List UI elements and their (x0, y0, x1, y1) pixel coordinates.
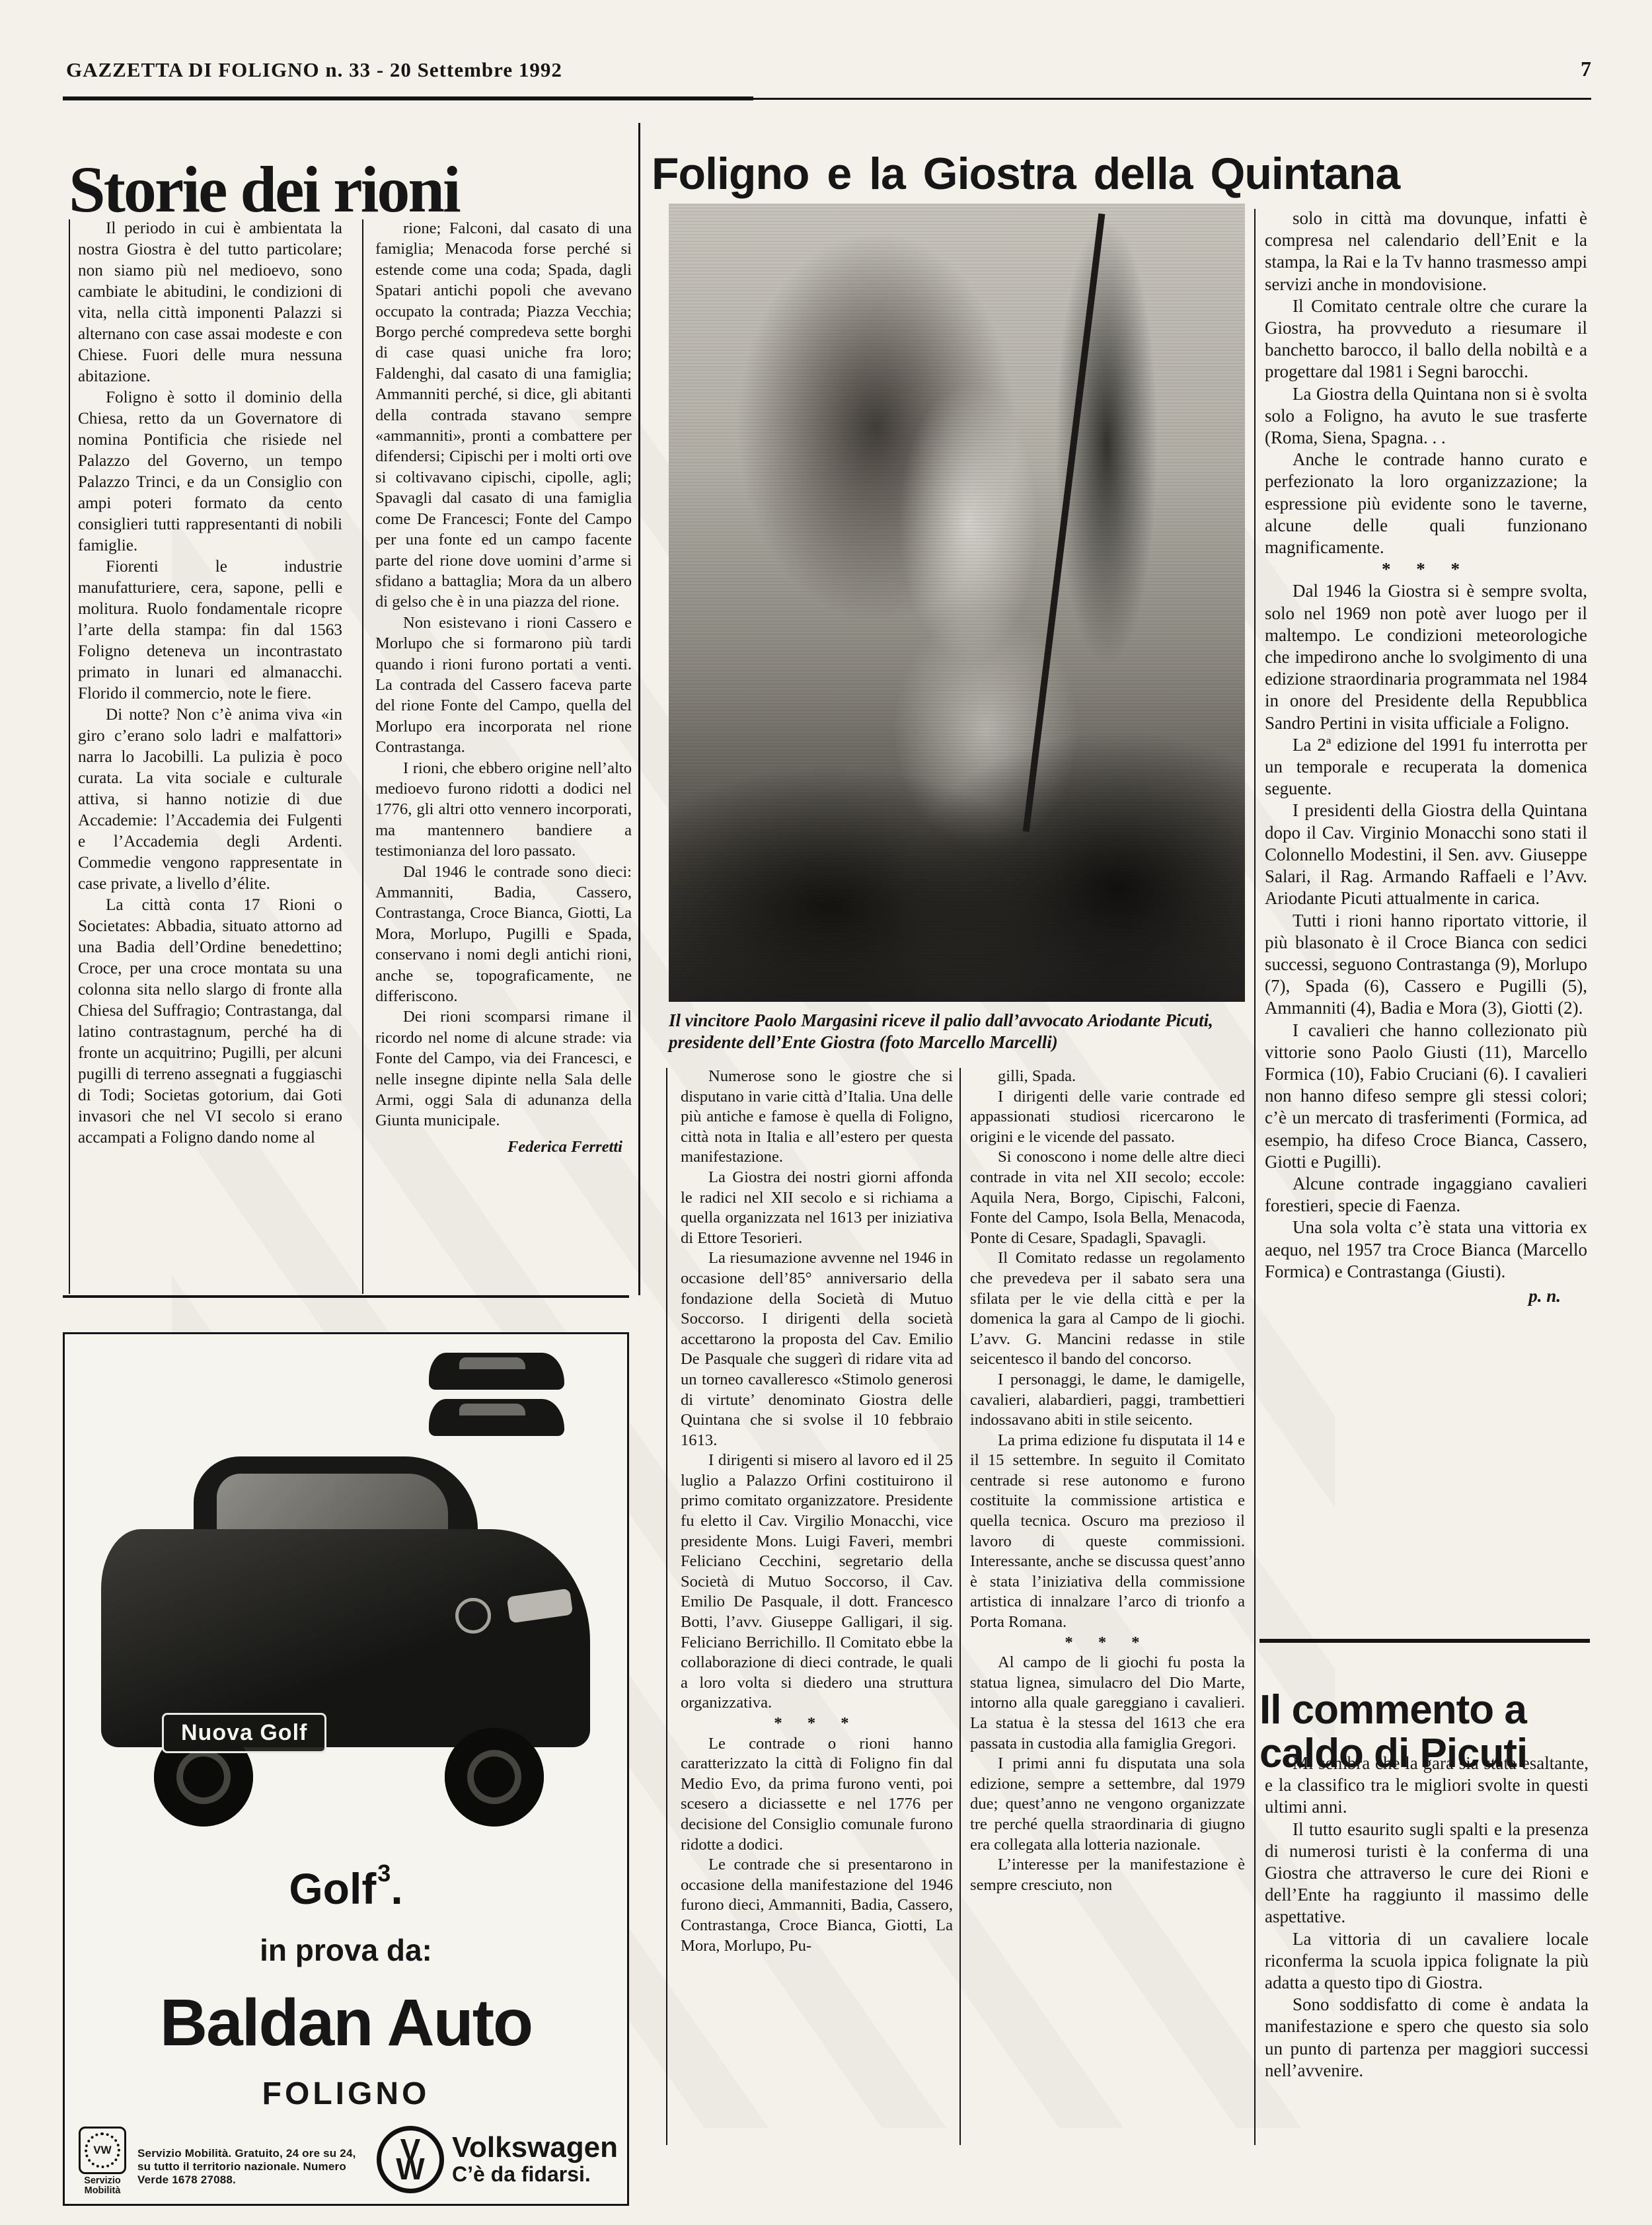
paragraph: I dirigenti si misero al lavoro ed il 25… (681, 1451, 953, 1714)
commentary-rule (1259, 1639, 1590, 1643)
paragraph: I dirigenti delle varie contrade ed appa… (970, 1087, 1245, 1148)
byline: Federica Ferretti (375, 1137, 632, 1157)
right-article-title: Foligno e la Giostra della Quintana (652, 148, 1591, 200)
column-rule (959, 1068, 961, 2145)
paragraph: La Giostra dei nostri giorni affonda le … (681, 1168, 953, 1248)
car-silhouette-icon (429, 1353, 564, 1390)
newspaper-page: GAZZETTA DI FOLIGNO n. 33 - 20 Settembre… (0, 0, 1652, 2225)
ad-city: FOLIGNO (65, 2076, 627, 2112)
model-superscript: 3 (377, 1860, 391, 1887)
paragraph: La prima edizione fu disputata il 14 e i… (970, 1431, 1245, 1633)
servizio-mobilita-logo: VW Servizio Mobilità (74, 2127, 131, 2196)
car-silhouette-icon (429, 1399, 564, 1436)
ad-dealer-name: Baldan Auto (65, 1985, 627, 2061)
vw-logo-w: W (396, 2160, 424, 2179)
model-dot: . (391, 1864, 402, 1913)
paragraph: Dal 1946 le contrade sono dieci: Ammanni… (375, 862, 632, 1007)
article-signature: p. n. (1265, 1285, 1587, 1307)
left-article-title: Storie dei rioni (69, 151, 630, 227)
paragraph: La città conta 17 Rioni o Societates: Ab… (78, 895, 342, 1149)
section-rule (638, 123, 640, 1295)
section-separator: * * * (681, 1714, 953, 1734)
right-article-column-a: Numerose sono le giostre che si disputan… (681, 1067, 953, 2153)
paragraph: Dei rioni scomparsi rimane il ricordo ne… (375, 1006, 632, 1131)
vw-mini-monogram: VW (85, 2132, 120, 2168)
right-article-column-b: gilli, Spada. I dirigenti delle varie co… (970, 1067, 1245, 2153)
vw-grille-badge-icon (455, 1598, 491, 1634)
header-rule (63, 96, 753, 100)
paragraph: Alcune contrade ingaggiano cavalieri for… (1265, 1173, 1587, 1217)
paragraph: Le contrade o rioni hanno caratterizzato… (681, 1734, 953, 1856)
commentary-column: Mi sembra che la gara sia stata esaltant… (1265, 1753, 1589, 2208)
section-separator: * * * (1265, 558, 1587, 580)
paragraph: Anche le contrade hanno curato e perfezi… (1265, 449, 1587, 558)
golf-car-image: Nuova Golf (101, 1456, 590, 1827)
paragraph: I presidenti della Giostra della Quintan… (1265, 800, 1587, 909)
paragraph: Il Comitato redasse un regolamento che p… (970, 1248, 1245, 1370)
paragraph: Il periodo in cui è ambientata la nostra… (78, 218, 342, 387)
paragraph: I personaggi, le dame, le damigelle, cav… (970, 1370, 1245, 1431)
small-cars-image (429, 1353, 564, 1445)
photo-caption: Il vincitore Paolo Margasini riceve il p… (669, 1010, 1246, 1053)
volkswagen-ad: Nuova Golf Golf3. in prova da: Baldan Au… (63, 1332, 629, 2206)
left-article-column-2: rione; Falconi, dal casato di una famigl… (375, 218, 632, 1294)
section-separator: * * * (970, 1633, 1245, 1653)
paragraph: Il tutto esaurito sugli spalti e la pres… (1265, 1819, 1589, 1928)
ad-rule (63, 1295, 629, 1298)
brand-name: Volkswagen (452, 2133, 618, 2162)
model-text: Golf (289, 1864, 376, 1913)
paragraph: gilli, Spada. (970, 1067, 1245, 1087)
paragraph: solo in città ma dovunque, infatti è com… (1265, 207, 1587, 295)
masthead: GAZZETTA DI FOLIGNO n. 33 - 20 Settembre… (66, 58, 562, 82)
page-number: 7 (1581, 57, 1591, 81)
photo-grain (669, 204, 1245, 1002)
paragraph: La vittoria di un cavaliere locale ricon… (1265, 1928, 1589, 1994)
paragraph: Al campo de li giochi fu posta la statua… (970, 1653, 1245, 1754)
giostra-photo (669, 204, 1245, 1002)
paragraph: Dal 1946 la Giostra si è sempre svolta, … (1265, 580, 1587, 734)
paragraph: Fiorenti le industrie manufatturiere, ce… (78, 556, 342, 704)
vw-brand-text: Volkswagen C’è da fidarsi. (452, 2133, 618, 2186)
ad-line: in prova da: (65, 1932, 627, 1968)
paragraph: La riesumazione avvenne nel 1946 in occa… (681, 1248, 953, 1451)
servizio-logo-label: Servizio Mobilità (74, 2176, 131, 2196)
paragraph: Una sola volta c’è stata una vittoria ex… (1265, 1217, 1587, 1283)
nuova-golf-badge: Nuova Golf (162, 1713, 326, 1753)
paragraph: rione; Falconi, dal casato di una famigl… (375, 218, 632, 613)
paragraph: I rioni, che ebbero origine nell’alto me… (375, 758, 632, 862)
paragraph: Non esistevano i rioni Cassero e Morlupo… (375, 613, 632, 758)
paragraph: I primi anni fu disputata una sola edizi… (970, 1754, 1245, 1855)
paragraph: Foligno è sotto il dominio della Chiesa,… (78, 387, 342, 556)
car-wheel (445, 1727, 544, 1827)
paragraph: La Giostra della Quintana non si è svolt… (1265, 383, 1587, 449)
paragraph: Si conoscono i nome delle altre dieci co… (970, 1147, 1245, 1248)
paragraph: Tutti i rioni hanno riportato vittorie, … (1265, 910, 1587, 1020)
paragraph: L’interesse per la manifestazione è semp… (970, 1855, 1245, 1895)
paragraph: Sono soddisfatto di come è andata la man… (1265, 1994, 1589, 2082)
ad-footer: VW Servizio Mobilità Servizio Mobilità. … (74, 2126, 618, 2196)
column-rule (666, 1068, 667, 2145)
paragraph: Mi sembra che la gara sia stata esaltant… (1265, 1753, 1589, 1819)
paragraph: Le contrade che si presentarono in occas… (681, 1855, 953, 1956)
column-rule (69, 219, 70, 1294)
header-rule-thin (753, 98, 1591, 100)
servizio-logo-icon: VW (79, 2127, 126, 2174)
ad-small-print: Servizio Mobilità. Gratuito, 24 ore su 2… (131, 2147, 377, 2196)
left-article-column-1: Il periodo in cui è ambientata la nostra… (78, 218, 342, 1294)
paragraph: I cavalieri che hanno collezionato più v… (1265, 1020, 1587, 1173)
vw-logo-icon: V W (377, 2126, 444, 2193)
column-rule (1254, 209, 1256, 2145)
paragraph: La 2ª edizione del 1991 fu interrotta pe… (1265, 734, 1587, 800)
paragraph: Di notte? Non c’è anima viva «in giro c’… (78, 704, 342, 895)
right-article-column-c: solo in città ma dovunque, infatti è com… (1265, 207, 1587, 1615)
column-rule (362, 219, 363, 1294)
paragraph: Il Comitato centrale oltre che curare la… (1265, 295, 1587, 383)
paragraph: Numerose sono le giostre che si disputan… (681, 1067, 953, 1168)
vw-brand-block: V W Volkswagen C’è da fidarsi. (377, 2126, 618, 2196)
brand-slogan: C’è da fidarsi. (452, 2162, 618, 2186)
ad-model-name: Golf3. (65, 1860, 627, 1914)
